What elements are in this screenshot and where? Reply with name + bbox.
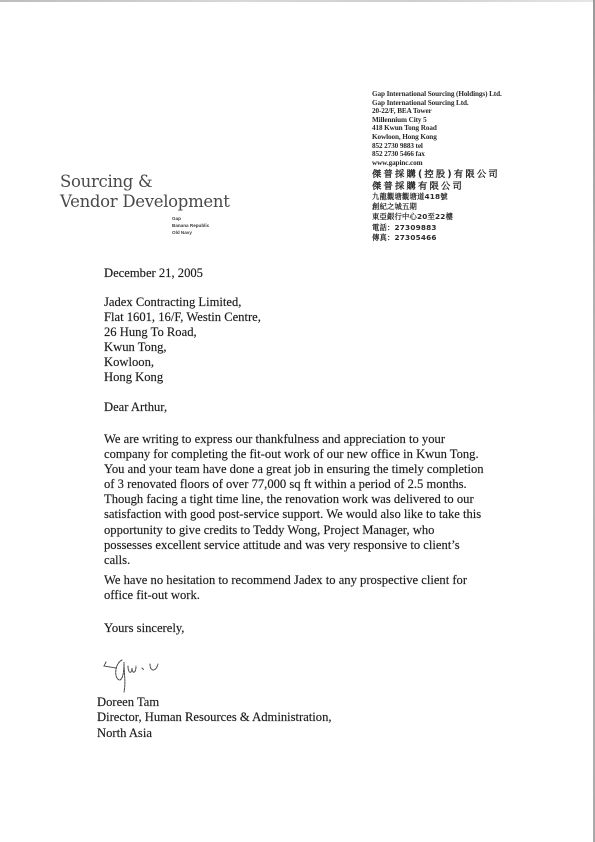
phone-number: 852 2730 9883 tel bbox=[372, 142, 502, 151]
company-name-holdings: Gap International Sourcing (Holdings) Lt… bbox=[372, 90, 502, 99]
chinese-address-block: 傑普採購(控股)有限公司 傑普採購有限公司 九龍觀塘觀塘道418號 創紀之城五期… bbox=[372, 169, 500, 243]
paragraph-line: You and your team have done a great job … bbox=[104, 462, 484, 477]
address-city: Kowloon, Hong Kong bbox=[372, 133, 502, 142]
department-line-1: Sourcing & bbox=[60, 172, 230, 192]
recipient-line: Flat 1601, 16/F, Westin Centre, bbox=[104, 310, 261, 325]
brand-banana-republic: Banana Republic bbox=[172, 222, 209, 229]
website: www.gapinc.com bbox=[372, 159, 502, 168]
brand-list: Gap Banana Republic Old Navy bbox=[172, 215, 209, 236]
chinese-phone: 電話：27309883 bbox=[372, 223, 500, 233]
paragraph-line: satisfaction with good post-service supp… bbox=[104, 507, 484, 522]
company-name: Gap International Sourcing Ltd. bbox=[372, 99, 502, 108]
address-building: Millennium City 5 bbox=[372, 116, 502, 125]
signatory-title: Director, Human Resources & Administrati… bbox=[97, 710, 332, 725]
signatory-region: North Asia bbox=[97, 726, 332, 741]
chinese-address-building: 創紀之城五期 bbox=[372, 202, 500, 212]
department-logo: Sourcing & Vendor Development bbox=[60, 172, 230, 211]
department-line-2: Vendor Development bbox=[60, 192, 230, 212]
recipient-line: 26 Hung To Road, bbox=[104, 325, 261, 340]
paragraph-line: office fit-out work. bbox=[104, 588, 467, 603]
address-street: 418 Kwun Tong Road bbox=[372, 124, 502, 133]
chinese-company-name-holdings: 傑普採購(控股)有限公司 bbox=[372, 169, 500, 181]
recipient-line: Kwun Tong, bbox=[104, 340, 261, 355]
chinese-fax: 傳真：27305466 bbox=[372, 233, 500, 243]
paragraph-line: calls. bbox=[104, 553, 484, 568]
signatory-name: Doreen Tam bbox=[97, 695, 332, 710]
brand-old-navy: Old Navy bbox=[172, 229, 209, 236]
paragraph-line: Though facing a tight time line, the ren… bbox=[104, 492, 484, 507]
brand-gap: Gap bbox=[172, 215, 209, 222]
paragraph-line: possesses excellent service attitude and… bbox=[104, 538, 484, 553]
address-floor: 20-22/F, BEA Tower bbox=[372, 107, 502, 116]
fax-number: 852 2730 5466 fax bbox=[372, 150, 502, 159]
letter-date: December 21, 2005 bbox=[104, 266, 203, 281]
paragraph-1: We are writing to express our thankfulne… bbox=[104, 432, 484, 568]
chinese-address-floor: 東亞銀行中心20至22樓 bbox=[372, 212, 500, 222]
chinese-company-name: 傑普採購有限公司 bbox=[372, 181, 500, 193]
paragraph-line: of 3 renovated floors of over 77,000 sq … bbox=[104, 477, 484, 492]
signature-image bbox=[100, 652, 170, 696]
paragraph-line: We have no hesitation to recommend Jadex… bbox=[104, 573, 467, 588]
paragraph-line: opportunity to give credits to Teddy Won… bbox=[104, 523, 484, 538]
recipient-address: Jadex Contracting Limited, Flat 1601, 16… bbox=[104, 295, 261, 386]
salutation: Dear Arthur, bbox=[104, 400, 167, 415]
scan-edge-top bbox=[0, 0, 595, 2]
company-address-block: Gap International Sourcing (Holdings) Lt… bbox=[372, 90, 502, 167]
paragraph-2: We have no hesitation to recommend Jadex… bbox=[104, 573, 467, 603]
recipient-line: Kowloon, bbox=[104, 355, 261, 370]
paragraph-line: We are writing to express our thankfulne… bbox=[104, 432, 484, 447]
recipient-line: Hong Kong bbox=[104, 370, 261, 385]
signatory-block: Doreen Tam Director, Human Resources & A… bbox=[97, 695, 332, 741]
paragraph-line: company for completing the fit-out work … bbox=[104, 447, 484, 462]
chinese-address-street: 九龍觀塘觀塘道418號 bbox=[372, 192, 500, 202]
closing: Yours sincerely, bbox=[104, 621, 184, 636]
recipient-line: Jadex Contracting Limited, bbox=[104, 295, 261, 310]
